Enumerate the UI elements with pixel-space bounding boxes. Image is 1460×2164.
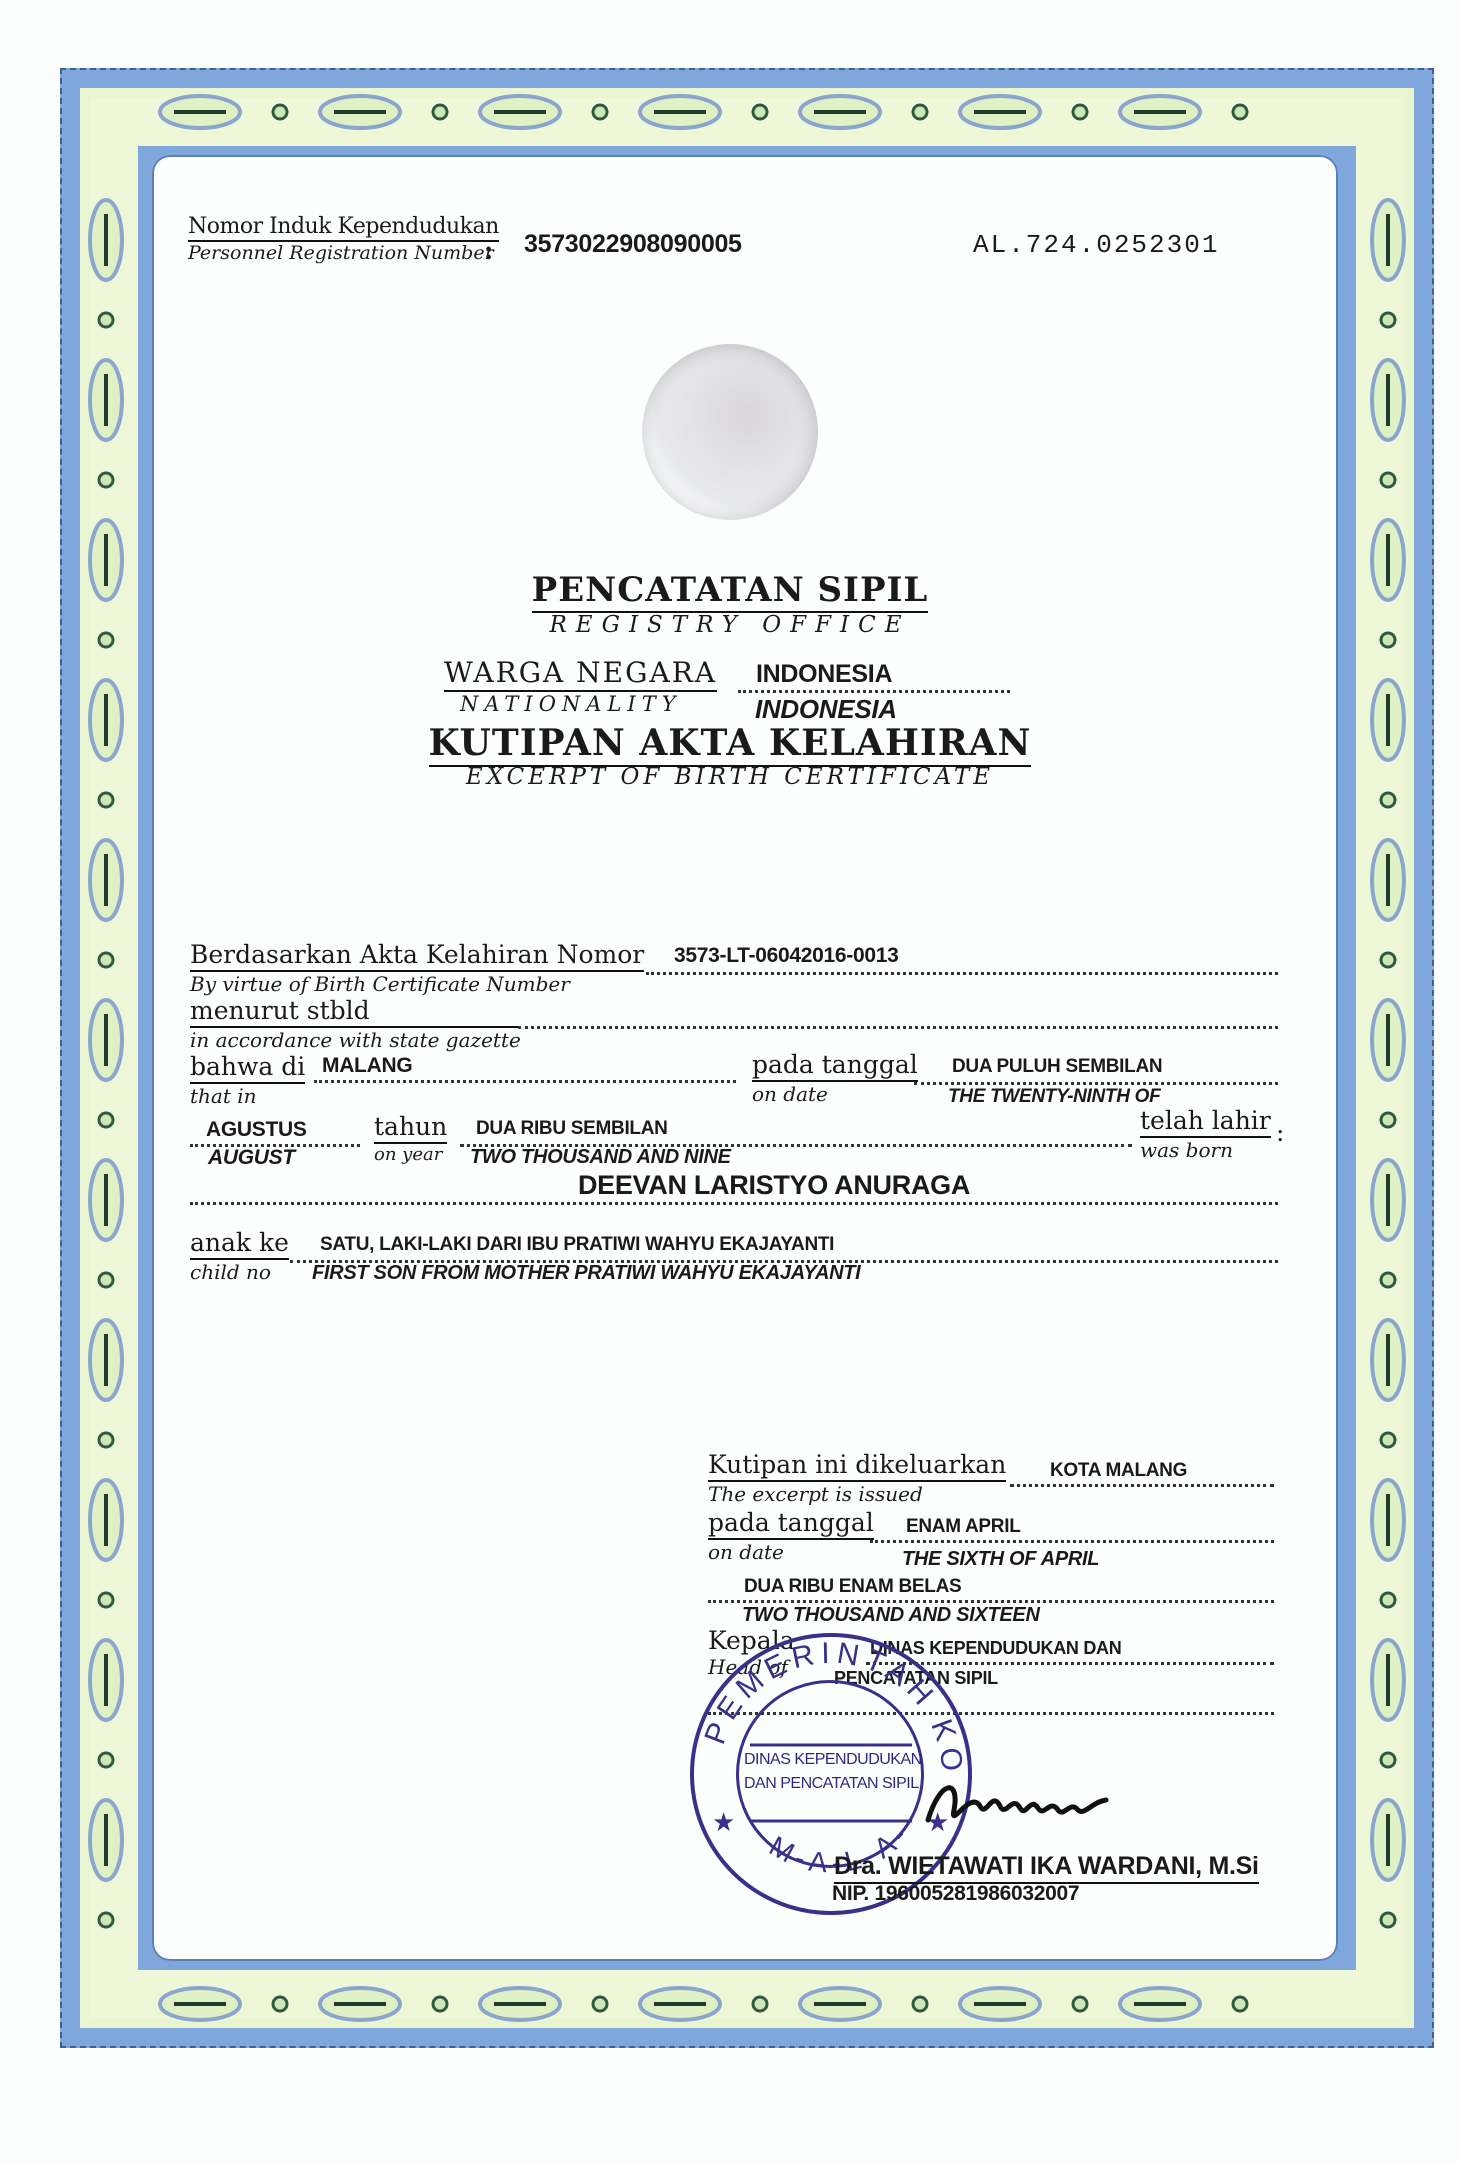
born-label-en: was born	[1140, 1138, 1271, 1162]
nik-colon: :	[484, 236, 493, 265]
child-no-label-en: child no	[190, 1260, 289, 1284]
document-title-block: KUTIPAN AKTA KELAHIRAN	[0, 722, 1460, 764]
cert-number-label-block: Berdasarkan Akta Kelahiran Nomor By virt…	[190, 940, 644, 996]
nationality-label-block: WARGA NEGARA NATIONALITY	[444, 656, 717, 716]
issued-label-en: The excerpt is issued	[708, 1482, 1006, 1506]
year-value-en: TWO THOUSAND AND NINE	[470, 1146, 731, 1169]
place-line: MALANG	[314, 1054, 736, 1083]
nik-label-block: Nomor Induk Kependudukan Personnel Regis…	[188, 214, 499, 264]
year-line: DUA RIBU SEMBILAN	[460, 1118, 1132, 1147]
issue-date-value: ENAM APRIL	[906, 1516, 1021, 1537]
child-no-value-en: FIRST SON FROM MOTHER PRATIWI WAHYU EKAJ…	[312, 1262, 860, 1285]
issue-year-line: DUA RIBU ENAM BELAS	[708, 1576, 1274, 1603]
date-line: DUA PULUH SEMBILAN	[914, 1056, 1278, 1085]
born-colon: :	[1276, 1118, 1284, 1147]
stbld-label-block: menurut stbld in accordance with state g…	[190, 996, 521, 1052]
year-label-block: tahun on year	[374, 1112, 447, 1165]
official-nip: NIP. 196005281986032007	[832, 1882, 1079, 1906]
month-line: AGUSTUS	[190, 1118, 360, 1147]
born-label-block: telah lahir was born	[1140, 1106, 1271, 1162]
stamp-center-line2: DAN PENCATATAN SIPIL	[744, 1772, 918, 1796]
stamp-center-text: DINAS KEPENDUDUKAN DAN PENCATATAN SIPIL	[744, 1748, 918, 1796]
nationality-value: INDONESIA	[756, 660, 892, 688]
nationality-value-line: INDONESIA	[738, 660, 1010, 693]
issue-year-value-en: TWO THOUSAND AND SIXTEEN	[742, 1604, 1040, 1627]
embossed-seal	[642, 344, 818, 520]
date-value: DUA PULUH SEMBILAN	[952, 1056, 1162, 1077]
cert-number-value: 3573-LT-06042016-0013	[674, 944, 899, 967]
document-title: KUTIPAN AKTA KELAHIRAN	[429, 722, 1032, 767]
issued-label: Kutipan ini dikeluarkan	[708, 1450, 1006, 1482]
official-name: Dra. WIETAWATI IKA WARDANI, M.Si	[834, 1852, 1259, 1884]
date-label-block: pada tanggal on date	[752, 1050, 918, 1106]
nik-label: Nomor Induk Kependudukan	[188, 214, 499, 242]
nik-value: 3573022908090005	[524, 230, 742, 259]
document-title-en: EXCERPT OF BIRTH CERTIFICATE	[0, 764, 1460, 790]
issued-place: KOTA MALANG	[1050, 1460, 1187, 1481]
date-value-en: THE TWENTY-NINTH OF	[948, 1086, 1160, 1108]
date-label-en: on date	[752, 1082, 918, 1106]
issue-date-label-block: pada tanggal on date	[708, 1508, 874, 1564]
place-label-en: that in	[190, 1084, 305, 1108]
issue-date-label-en: on date	[708, 1540, 874, 1564]
svg-text:★: ★	[712, 1808, 735, 1838]
signature	[920, 1760, 1120, 1840]
month-value: AGUSTUS	[206, 1118, 307, 1141]
issue-date-value-en: THE SIXTH OF APRIL	[902, 1548, 1099, 1571]
cert-number-line: 3573-LT-06042016-0013	[646, 944, 1278, 975]
year-label: tahun	[374, 1112, 447, 1144]
stbld-line	[518, 1000, 1278, 1029]
child-no-value: SATU, LAKI-LAKI DARI IBU PRATIWI WAHYU E…	[320, 1234, 834, 1255]
nationality-value-en: INDONESIA	[755, 694, 897, 725]
child-no-label-block: anak ke child no	[190, 1228, 289, 1284]
nationality-label: WARGA NEGARA	[444, 656, 717, 692]
issue-date-label: pada tanggal	[708, 1508, 874, 1540]
month-value-en: AUGUST	[208, 1146, 295, 1170]
issued-label-block: Kutipan ini dikeluarkan The excerpt is i…	[708, 1450, 1006, 1506]
stamp-center-line1: DINAS KEPENDUDUKAN	[744, 1748, 918, 1772]
issue-date-line: ENAM APRIL	[870, 1516, 1274, 1543]
child-no-line: SATU, LAKI-LAKI DARI IBU PRATIWI WAHYU E…	[290, 1234, 1278, 1263]
year-value: DUA RIBU SEMBILAN	[476, 1118, 668, 1139]
place-label: bahwa di	[190, 1052, 305, 1084]
cert-number-label-en: By virtue of Birth Certificate Number	[190, 972, 644, 996]
serial-number: AL.724.0252301	[973, 230, 1219, 260]
stbld-label: menurut stbld	[190, 996, 521, 1028]
nik-label-en: Personnel Registration Number	[188, 242, 499, 264]
born-label: telah lahir	[1140, 1106, 1271, 1138]
issued-place-line: KOTA MALANG	[1010, 1460, 1274, 1487]
year-label-en: on year	[374, 1144, 447, 1165]
date-label: pada tanggal	[752, 1050, 918, 1082]
place-label-block: bahwa di that in	[190, 1052, 305, 1108]
child-name: DEEVAN LARISTYO ANURAGA	[578, 1170, 970, 1200]
stbld-label-en: in accordance with state gazette	[190, 1028, 521, 1052]
child-name-line: DEEVAN LARISTYO ANURAGA	[190, 1170, 1278, 1205]
cert-number-label: Berdasarkan Akta Kelahiran Nomor	[190, 940, 644, 972]
office-title: PENCATATAN SIPIL	[532, 570, 929, 613]
office-title-block: PENCATATAN SIPIL	[0, 570, 1460, 610]
office-title-en: REGISTRY OFFICE	[0, 612, 1460, 638]
issue-year-value: DUA RIBU ENAM BELAS	[744, 1576, 961, 1597]
nationality-label-en: NATIONALITY	[460, 692, 717, 716]
child-no-label: anak ke	[190, 1228, 289, 1260]
place-value: MALANG	[322, 1054, 412, 1077]
